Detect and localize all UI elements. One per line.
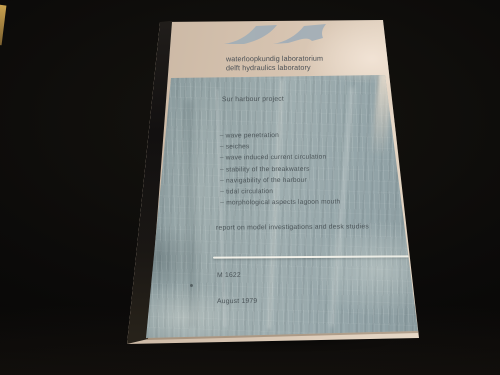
report-date: August 1979	[217, 298, 257, 305]
delft-hydraulics-wave-logo	[222, 22, 328, 47]
report-number: M 1622	[217, 272, 241, 279]
report-type: report on model investigations and desk …	[216, 223, 369, 231]
photo-scene: waterloopkundig laboratorium delft hydra…	[0, 0, 500, 375]
background-object-sliver	[0, 5, 6, 46]
report-subject: Sur harbour project	[222, 96, 284, 104]
publisher-name-english: delft hydraulics laboratory	[226, 63, 323, 72]
book-cover: waterloopkundig laboratorium delft hydra…	[124, 17, 422, 349]
crease-line	[213, 255, 409, 258]
ink-speck	[190, 284, 193, 287]
topic-item: – morphological aspects lagoon mouth	[220, 197, 340, 209]
publisher-name: waterloopkundig laboratorium delft hydra…	[226, 55, 323, 73]
topics-list: – wave penetration – seiches – wave indu…	[220, 129, 341, 208]
wear-streak	[184, 101, 197, 327]
topic-item: – wave induced current circulation	[220, 152, 340, 164]
